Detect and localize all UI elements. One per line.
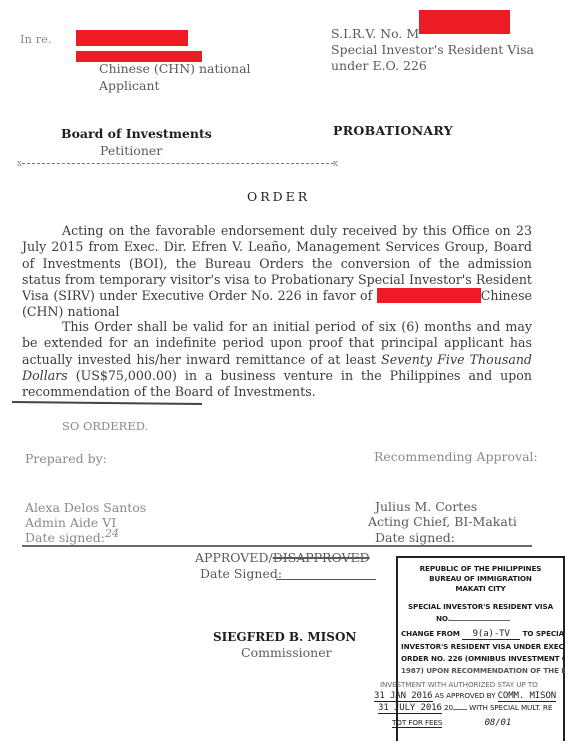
stamp-line-city: MAKATI CITY (398, 584, 563, 593)
prepared-date-label: Date signed: (25, 530, 105, 546)
stamp-line-order: ORDER NO. 226 (OMNIBUS INVESTMENT CODE O… (401, 654, 565, 663)
handwritten-underline (12, 401, 202, 405)
approval-date-label: Date Signed: (200, 566, 282, 582)
applicant-role: Applicant (99, 78, 160, 94)
stamp-date-2-line: 31 JULY 2016 20 WITH SPECIAL MULT. RE (378, 703, 552, 714)
caption-separator-line (22, 163, 334, 164)
stamp-line-republic: REPUBLIC OF THE PHILIPPINES (398, 564, 563, 573)
petitioner-name: Board of Investments (61, 126, 212, 142)
recommending-position: Acting Chief, BI-Makati (368, 514, 517, 530)
prepared-date-value: 24 (105, 526, 119, 542)
commissioner-name: SIEGFRED B. MISON (213, 629, 356, 645)
order-paragraph-2-tail: (US$75,000.00) in a business venture in … (22, 368, 532, 399)
redacted-applicant-name-1 (76, 30, 188, 46)
order-title: ORDER (247, 189, 310, 205)
stamp-fee-label: TOT FOR FEES (392, 718, 442, 728)
stamp-date-1: 31 JAN 2016 (374, 692, 433, 702)
redacted-sirv-number (419, 10, 510, 34)
visa-type: Special Investor's Resident Visa (331, 42, 534, 58)
sirv-number-label: S.I.R.V. No. M (331, 26, 419, 42)
status-probationary: PROBATIONARY (333, 123, 453, 139)
commissioner-position: Commissioner (241, 645, 332, 661)
stamp-line-investor: INVESTOR'S RESIDENT VISA UNDER EXECUTIVE (401, 642, 565, 651)
recommending-date-label: Date signed: (375, 530, 455, 546)
stamp-date-2: 31 JULY 2016 (378, 704, 442, 714)
stamp-approved-line: 31 JAN 2016 AS APPROVED BY COMM. MISON (374, 691, 556, 702)
stamp-line-authorized-stay: INVESTMENT WITH AUTHORIZED STAY UP TO (380, 680, 538, 689)
stamp-change-from-line: CHANGE FROM 9(a)-TV TO SPECIAL (401, 629, 565, 640)
stamp-no-line: NO. (436, 614, 510, 623)
approval-choice: APPROVED/DISAPPROVED (195, 550, 370, 566)
redacted-name-inline (377, 288, 481, 303)
so-ordered: SO ORDERED. (62, 418, 148, 434)
applicant-nationality: Chinese (CHN) national (99, 61, 251, 77)
separator-start: x (17, 156, 22, 172)
order-paragraph-2: This Order shall be valid for an initial… (22, 319, 532, 400)
in-re-label: In re. (20, 31, 52, 47)
stamp-fee-line: TOT FOR FEES 08/01 (392, 718, 511, 728)
stamp-approved-by-label: AS APPROVED BY (435, 691, 496, 700)
prepared-by-name: Alexa Delos Santos (25, 500, 146, 516)
approved-option: APPROVED (195, 550, 268, 565)
disapproved-option: DISAPPROVED (273, 550, 370, 565)
separator-end: x (333, 156, 338, 172)
stamp-with-special: WITH SPECIAL MULT. RE (469, 703, 552, 712)
order-paragraph-1: Acting on the favorable endorsement duly… (22, 223, 532, 321)
stamp-line-bureau: BUREAU OF IMMIGRATION (398, 574, 563, 583)
signature-section-rule (22, 545, 532, 547)
stamp-to-special: TO SPECIAL (523, 629, 565, 638)
stamp-change-from-label: CHANGE FROM (401, 629, 460, 638)
prepared-by-label: Prepared by: (25, 451, 107, 467)
stamp-line-visa: SPECIAL INVESTOR'S RESIDENT VISA (398, 602, 563, 611)
visa-basis: under E.O. 226 (331, 58, 427, 74)
approval-date-blank (276, 579, 376, 580)
recommending-name: Julius M. Cortes (375, 499, 477, 515)
recommending-approval-label: Recommending Approval: (374, 449, 538, 465)
stamp-fee-value: 08/01 (485, 718, 512, 728)
stamp-year-label: 20 (444, 703, 453, 712)
stamp-line-recommendation: 1987) UPON RECOMMENDATION OF THE BOARD O… (401, 666, 565, 675)
stamp-approved-by-value: COMM. MISON (498, 692, 557, 702)
prepared-by-position: Admin Aide VI (25, 515, 116, 531)
immigration-stamp: REPUBLIC OF THE PHILIPPINES BUREAU OF IM… (396, 556, 565, 741)
stamp-no-label: NO. (436, 614, 450, 623)
petitioner-role: Petitioner (100, 143, 162, 159)
stamp-change-from-value: 9(a)-TV (462, 630, 520, 640)
